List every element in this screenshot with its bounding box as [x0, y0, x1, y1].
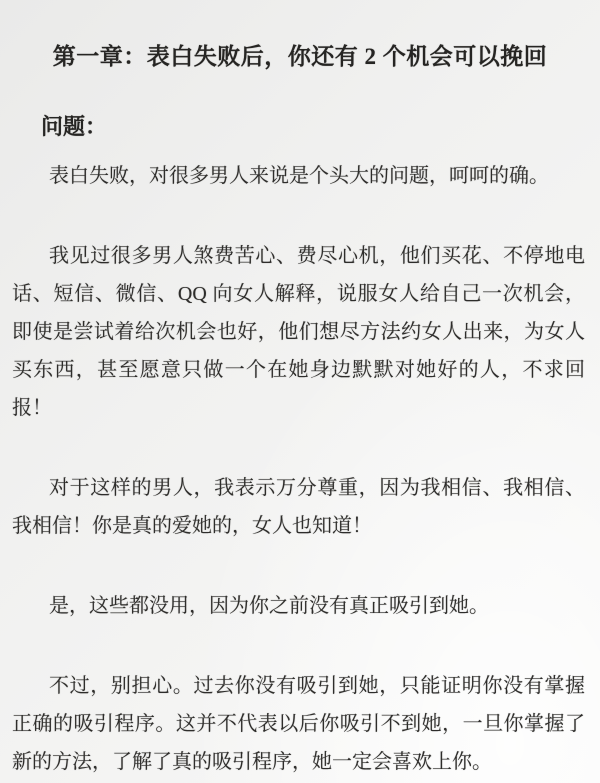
paragraph-3: 对于这样的男人，我表示万分尊重，因为我相信、我相信、我相信！你是真的爱她的，女人… [12, 469, 585, 545]
document-page: 第一章：表白失败后，你还有 2 个机会可以挽回 问题： 表白失败，对很多男人来说… [0, 0, 600, 783]
paragraph-1: 表白失败，对很多男人来说是个头大的问题，呵呵的确。 [12, 157, 585, 195]
paragraph-2: 我见过很多男人煞费苦心、费尽心机，他们买花、不停地电话、短信、微信、QQ 向女人… [12, 237, 585, 427]
body-text: 表白失败，对很多男人来说是个头大的问题，呵呵的确。 我见过很多男人煞费苦心、费尽… [12, 157, 585, 781]
paragraph-5: 不过，别担心。过去你没有吸引到她，只能证明你没有掌握正确的吸引程序。这并不代表以… [12, 667, 585, 781]
chapter-title: 第一章：表白失败后，你还有 2 个机会可以挽回 [0, 0, 600, 72]
section-heading: 问题： [41, 112, 600, 141]
paragraph-4: 是，这些都没用，因为你之前没有真正吸引到她。 [12, 587, 585, 625]
